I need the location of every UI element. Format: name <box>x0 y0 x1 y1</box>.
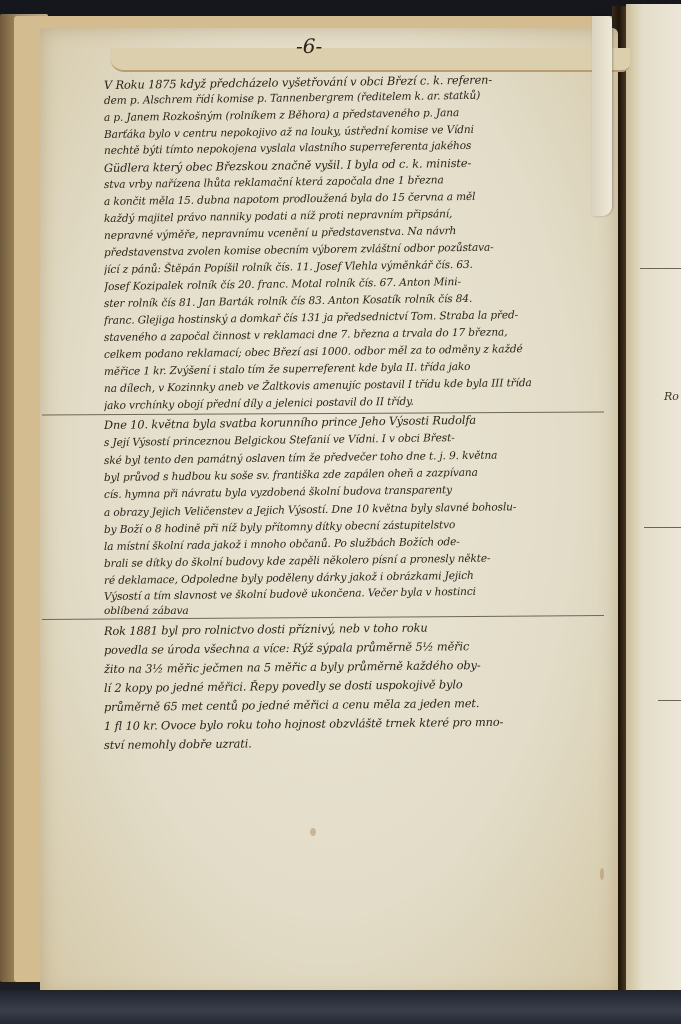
facing-page-rule <box>644 527 681 528</box>
scan-background-bottom <box>0 990 681 1024</box>
page-number: -6- <box>296 34 322 58</box>
torn-top-edge <box>110 48 630 72</box>
paper-stain <box>600 868 604 880</box>
facing-page <box>626 4 681 990</box>
facing-page-rule <box>640 268 681 269</box>
paper-stain <box>310 828 316 836</box>
facing-page-text: Ro <box>664 390 679 403</box>
facing-page-rule <box>658 700 681 701</box>
